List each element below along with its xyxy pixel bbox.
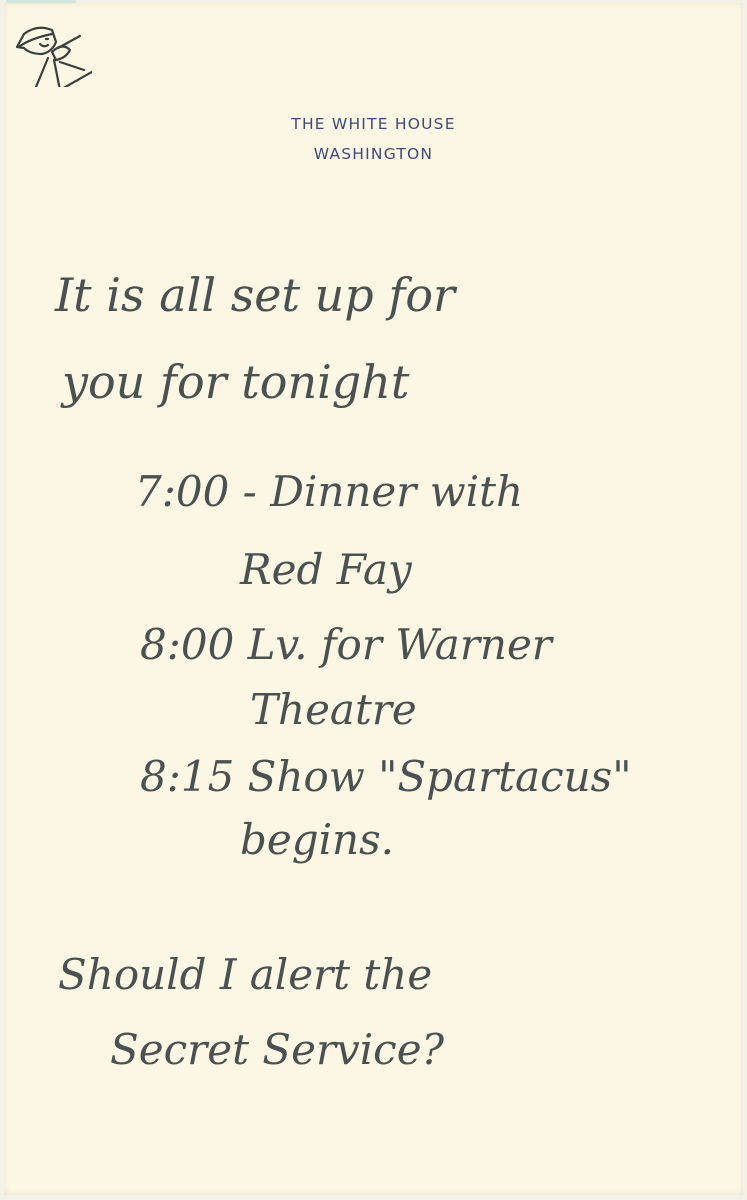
stick-figure-doodle-icon	[12, 12, 92, 87]
note-question-cont: Secret Service?	[110, 1025, 444, 1074]
note-line: It is all set up for	[55, 268, 455, 322]
letterhead-location: WASHINGTON	[0, 145, 747, 163]
schedule-item-depart: 8:00 Lv. for Warner	[140, 620, 552, 669]
letterhead-title: THE WHITE HOUSE	[0, 115, 747, 133]
schedule-item-dinner-guest: Red Fay	[240, 545, 412, 594]
schedule-item-show: 8:15 Show "Spartacus"	[140, 752, 632, 801]
top-edge-strip	[6, 0, 76, 3]
note-question: Should I alert the	[58, 950, 432, 999]
schedule-item-depart-venue: Theatre	[250, 685, 417, 734]
schedule-item-dinner: 7:00 - Dinner with	[135, 467, 523, 516]
stationery-sheet	[4, 3, 743, 1195]
note-line: you for tonight	[62, 355, 409, 409]
schedule-item-show-cont: begins.	[240, 815, 394, 864]
